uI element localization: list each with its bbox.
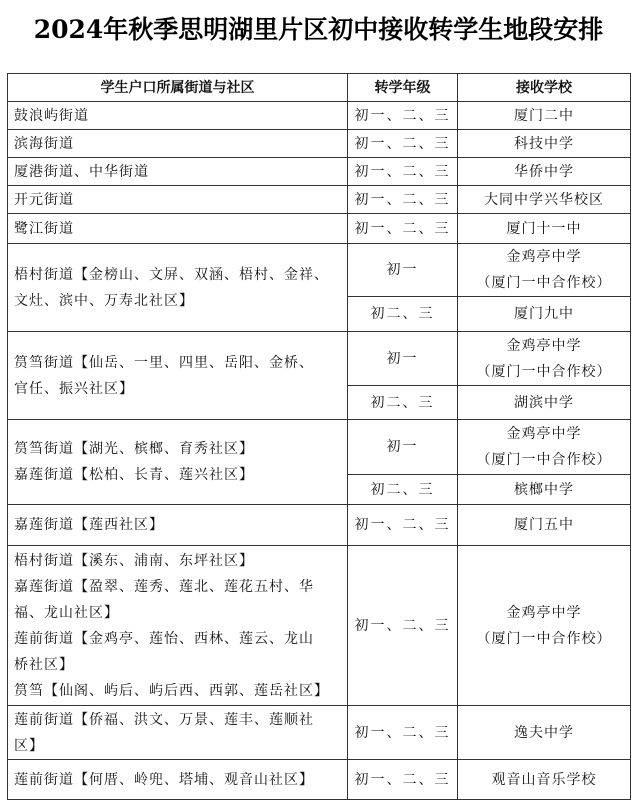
location-line: 梧村街道【溪东、浦南、东坪社区】 [14, 548, 341, 574]
location-line: 嘉莲街道【盈翠、莲秀、莲北、莲花五村、华 [14, 574, 341, 600]
school-cell: 观音山音乐学校 [458, 760, 631, 800]
school-cell: 厦门五中 [458, 505, 631, 546]
header-grade: 转学年级 [348, 74, 458, 102]
transfer-table: 学生户口所属街道与社区 转学年级 接收学校 鼓浪屿街道 初一、二、三 厦门二中 … [7, 73, 631, 800]
school-cell: 厦门十一中 [458, 214, 631, 244]
location-line: 嘉莲街道【松柏、长青、莲兴社区】 [14, 462, 341, 488]
table-row: 莲前街道【何厝、岭兜、塔埔、观音山社区】 初一、二、三 观音山音乐学校 [8, 760, 631, 800]
location-line: 福、龙山社区】 [14, 600, 341, 626]
school-cell: 金鸡亭中学 （厦门一中合作校） [458, 332, 631, 386]
school-line: （厦门一中合作校） [464, 359, 624, 385]
location-line: 莲前街道【侨福、洪文、万景、莲丰、莲顺社 [14, 707, 341, 733]
location-cell: 莲前街道【侨福、洪文、万景、莲丰、莲顺社 区】 [8, 706, 348, 760]
table-row: 筼筜街道【仙岳、一里、四里、岳阳、金桥、 官任、振兴社区】 初一 金鸡亭中学 （… [8, 332, 631, 386]
location-cell: 梧村街道【金榜山、文屏、双涵、梧村、金祥、 文灶、滨中、万寿北社区】 [8, 244, 348, 332]
location-line: 梧村街道【金榜山、文屏、双涵、梧村、金祥、 [14, 262, 341, 288]
header-location: 学生户口所属街道与社区 [8, 74, 348, 102]
table-header-row: 学生户口所属街道与社区 转学年级 接收学校 [8, 74, 631, 102]
school-line: （厦门一中合作校） [464, 270, 624, 296]
grade-cell: 初二、三 [348, 297, 458, 332]
table-row: 梧村街道【溪东、浦南、东坪社区】 嘉莲街道【盈翠、莲秀、莲北、莲花五村、华 福、… [8, 546, 631, 706]
table-row: 梧村街道【金榜山、文屏、双涵、梧村、金祥、 文灶、滨中、万寿北社区】 初一 金鸡… [8, 244, 631, 297]
school-cell: 科技中学 [458, 130, 631, 158]
grade-cell: 初一、二、三 [348, 706, 458, 760]
table-row: 鼓浪屿街道 初一、二、三 厦门二中 [8, 102, 631, 130]
location-cell: 嘉莲街道【莲西社区】 [8, 505, 348, 546]
school-cell: 华侨中学 [458, 158, 631, 186]
table-row: 嘉莲街道【莲西社区】 初一、二、三 厦门五中 [8, 505, 631, 546]
grade-cell: 初一、二、三 [348, 546, 458, 706]
grade-cell: 初二、三 [348, 475, 458, 505]
location-cell: 滨海街道 [8, 130, 348, 158]
table-row: 鹭江街道 初一、二、三 厦门十一中 [8, 214, 631, 244]
school-line: 金鸡亭中学 [464, 600, 624, 626]
table-row: 滨海街道 初一、二、三 科技中学 [8, 130, 631, 158]
location-cell: 开元街道 [8, 186, 348, 214]
school-line: 金鸡亭中学 [464, 244, 624, 270]
location-line: 筼筜【仙阁、屿后、屿后西、西郭、莲岳社区】 [14, 678, 341, 704]
school-cell: 金鸡亭中学 （厦门一中合作校） [458, 244, 631, 297]
grade-cell: 初一、二、三 [348, 158, 458, 186]
grade-cell: 初一、二、三 [348, 214, 458, 244]
school-cell: 逸夫中学 [458, 706, 631, 760]
grade-cell: 初二、三 [348, 386, 458, 420]
location-cell: 筼筜街道【湖光、槟榔、育秀社区】 嘉莲街道【松柏、长青、莲兴社区】 [8, 420, 348, 505]
header-school: 接收学校 [458, 74, 631, 102]
grade-cell: 初一、二、三 [348, 505, 458, 546]
school-cell: 金鸡亭中学 （厦门一中合作校） [458, 420, 631, 475]
grade-cell: 初一 [348, 244, 458, 297]
school-cell: 金鸡亭中学 （厦门一中合作校） [458, 546, 631, 706]
location-line: 筼筜街道【仙岳、一里、四里、岳阳、金桥、 [14, 350, 341, 376]
school-line: 金鸡亭中学 [464, 421, 624, 447]
school-line: （厦门一中合作校） [464, 447, 624, 473]
location-cell: 筼筜街道【仙岳、一里、四里、岳阳、金桥、 官任、振兴社区】 [8, 332, 348, 420]
grade-cell: 初一、二、三 [348, 102, 458, 130]
school-line: （厦门一中合作校） [464, 626, 624, 652]
location-line: 官任、振兴社区】 [14, 376, 341, 402]
location-line: 区】 [14, 733, 341, 759]
school-line: 金鸡亭中学 [464, 333, 624, 359]
school-cell: 大同中学兴华校区 [458, 186, 631, 214]
location-line: 文灶、滨中、万寿北社区】 [14, 288, 341, 314]
location-cell: 鼓浪屿街道 [8, 102, 348, 130]
location-cell: 鹭江街道 [8, 214, 348, 244]
school-cell: 厦门二中 [458, 102, 631, 130]
school-cell: 厦门九中 [458, 297, 631, 332]
location-cell: 梧村街道【溪东、浦南、东坪社区】 嘉莲街道【盈翠、莲秀、莲北、莲花五村、华 福、… [8, 546, 348, 706]
school-cell: 槟榔中学 [458, 475, 631, 505]
grade-cell: 初一 [348, 420, 458, 475]
page-title: 2024年秋季思明湖里片区初中接收转学生地段安排 [0, 10, 637, 46]
table-row: 开元街道 初一、二、三 大同中学兴华校区 [8, 186, 631, 214]
location-line: 桥社区】 [14, 652, 341, 678]
grade-cell: 初一、二、三 [348, 186, 458, 214]
grade-cell: 初一、二、三 [348, 130, 458, 158]
grade-cell: 初一、二、三 [348, 760, 458, 800]
location-line: 莲前街道【金鸡亭、莲怡、西林、莲云、龙山 [14, 626, 341, 652]
table-row: 厦港街道、中华街道 初一、二、三 华侨中学 [8, 158, 631, 186]
table-row: 筼筜街道【湖光、槟榔、育秀社区】 嘉莲街道【松柏、长青、莲兴社区】 初一 金鸡亭… [8, 420, 631, 475]
school-cell: 湖滨中学 [458, 386, 631, 420]
grade-cell: 初一 [348, 332, 458, 386]
location-cell: 厦港街道、中华街道 [8, 158, 348, 186]
table-row: 莲前街道【侨福、洪文、万景、莲丰、莲顺社 区】 初一、二、三 逸夫中学 [8, 706, 631, 760]
location-cell: 莲前街道【何厝、岭兜、塔埔、观音山社区】 [8, 760, 348, 800]
location-line: 筼筜街道【湖光、槟榔、育秀社区】 [14, 436, 341, 462]
